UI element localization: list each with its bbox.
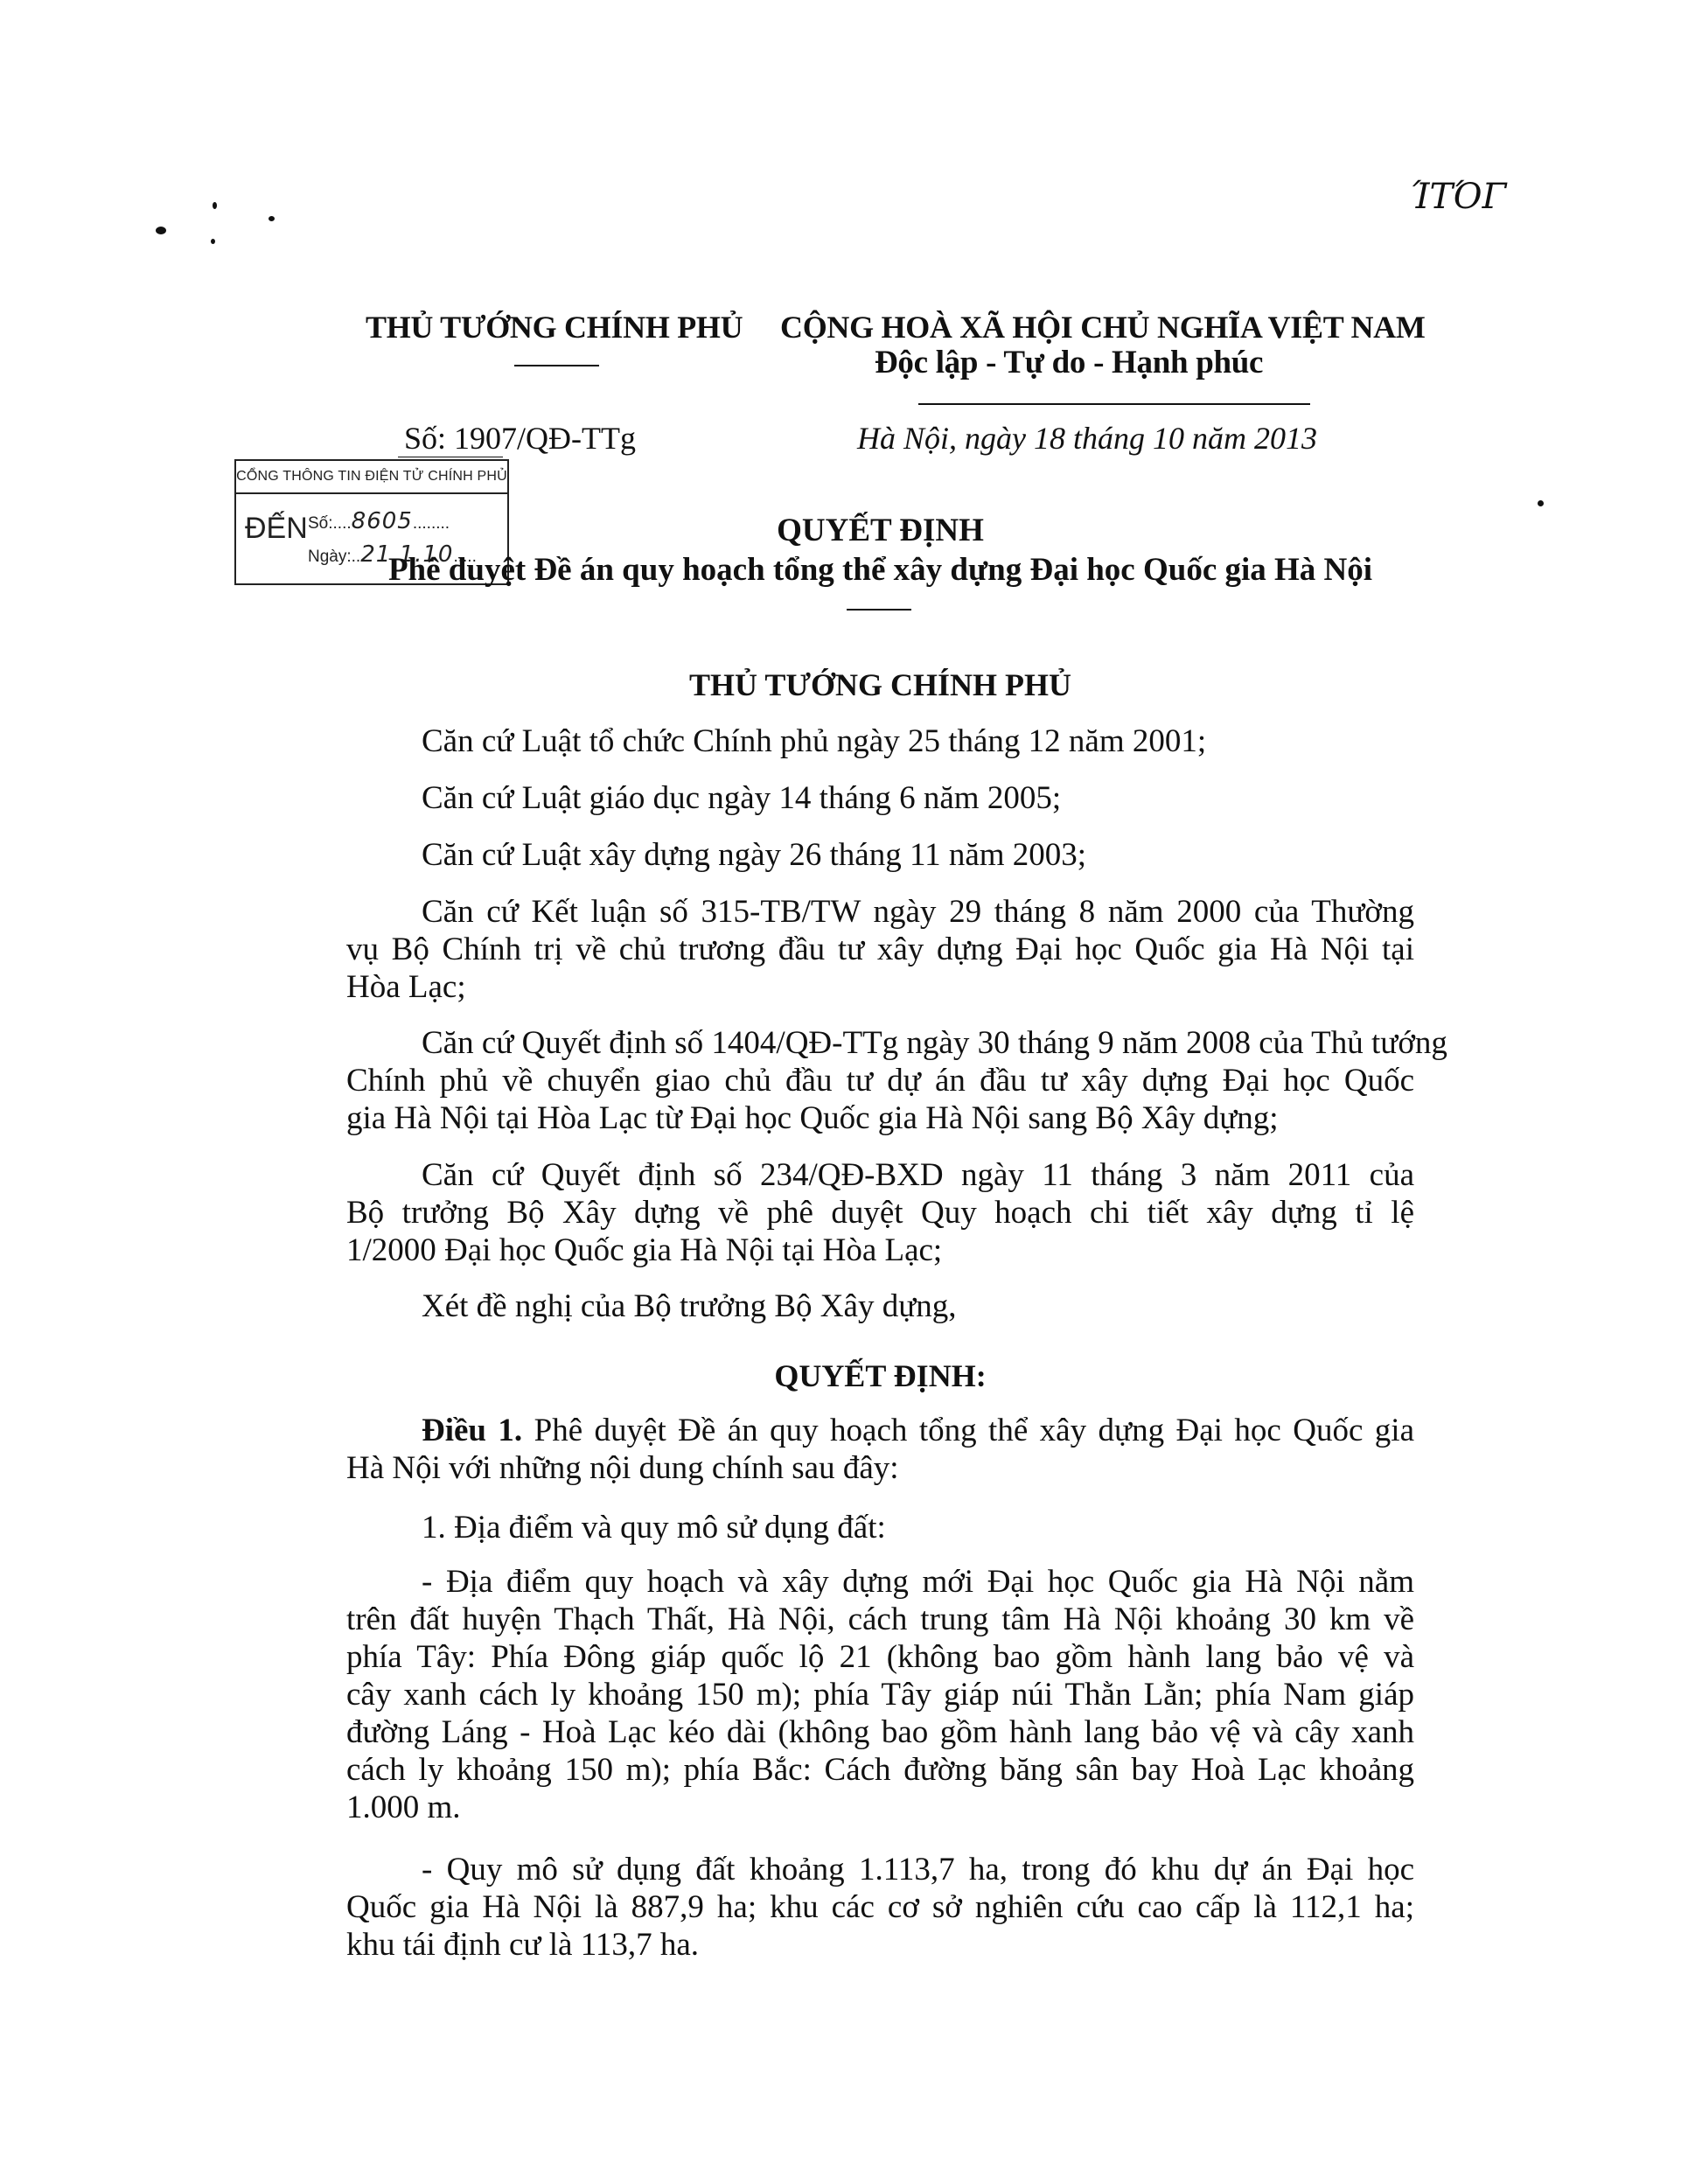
issuer-heading: THỦ TƯỚNG CHÍNH PHỦ [346, 666, 1414, 703]
preamble-para-line: Bộ trưởng Bộ Xây dựng về phê duyệt Quy h… [346, 1194, 1414, 1232]
scan-speck [213, 202, 217, 209]
location-bullet-line: cây xanh cách ly khoảng 150 m); phía Tây… [346, 1676, 1414, 1714]
preamble-para-line: Căn cứ Luật xây dựng ngày 26 tháng 11 nă… [422, 836, 1414, 875]
location-bullet-line: đường Láng - Hoà Lạc kéo dài (không bao … [346, 1713, 1414, 1752]
document-number: Số: 1907/QĐ-TTg [404, 420, 636, 457]
preamble-para-line: Căn cứ Quyết định số 234/QĐ-BXD ngày 11 … [422, 1156, 1414, 1195]
number-underline [398, 457, 503, 457]
decision-heading: QUYẾT ĐỊNH: [346, 1357, 1414, 1394]
location-bullet-line: cách ly khoảng 150 m); phía Bắc: Cách đư… [346, 1751, 1414, 1790]
article-1-intro-line: Điều 1. Phê duyệt Đề án quy hoạch tổng t… [422, 1412, 1414, 1450]
handwritten-margin-note: ΊΤΌΓ [1410, 177, 1506, 217]
preamble-para-line: 1/2000 Đại học Quốc gia Hà Nội tại Hòa L… [346, 1232, 1414, 1270]
article-label: Điều 1. [422, 1413, 522, 1448]
scan-speck [269, 216, 275, 221]
location-bullet-line: trên đất huyện Thạch Thất, Hà Nội, cách … [346, 1601, 1414, 1639]
scan-speck [1538, 500, 1544, 506]
title-underline [847, 609, 911, 611]
document-subject: Phê duyệt Đề án quy hoạch tổng thể xây d… [346, 551, 1414, 589]
scan-speck [156, 227, 166, 234]
issuing-agency: THỦ TƯỚNG CHÍNH PHỦ [366, 309, 743, 345]
preamble-para-line: Căn cứ Kết luận số 315-TB/TW ngày 29 thá… [422, 893, 1414, 932]
stamp-header: CỔNG THÔNG TIN ĐIỆN TỬ CHÍNH PHỦ [236, 461, 507, 494]
preamble-para-line: Chính phủ về chuyển giao chủ đầu tư dự á… [346, 1062, 1414, 1100]
preamble-para-line: Căn cứ Quyết định số 1404/QĐ-TTg ngày 30… [422, 1024, 1414, 1063]
land-area-bullet-line: - Quy mô sử dụng đất khoảng 1.113,7 ha, … [422, 1851, 1414, 1889]
preamble-para-line: Xét đề nghị của Bộ trưởng Bộ Xây dựng, [422, 1287, 1414, 1326]
preamble-para-line: Căn cứ Luật giáo dục ngày 14 tháng 6 năm… [422, 779, 1414, 818]
preamble-para-line: gia Hà Nội tại Hòa Lạc từ Đại học Quốc g… [346, 1099, 1414, 1138]
stamp-date-label: Ngày: [308, 548, 352, 566]
land-area-bullet-line: khu tái định cư là 113,7 ha. [346, 1926, 1414, 1964]
location-bullet-line: phía Tây: Phía Đông giáp quốc lộ 21 (khô… [346, 1638, 1414, 1677]
land-area-bullet-line: Quốc gia Hà Nội là 887,9 ha; khu các cơ … [346, 1888, 1414, 1927]
section-1-title-line: 1. Địa điểm và quy mô sử dụng đất: [422, 1509, 1414, 1547]
scan-speck [211, 239, 215, 244]
national-motto: Độc lập - Tự do - Hạnh phúc [875, 344, 1217, 381]
preamble-para-line: vụ Bộ Chính trị về chủ trương đầu tư xây… [346, 931, 1414, 969]
location-bullet-line: 1.000 m. [346, 1789, 1414, 1827]
article-1-intro-line: Hà Nội với những nội dung chính sau đây: [346, 1449, 1414, 1488]
preamble-para-line: Căn cứ Luật tổ chức Chính phủ ngày 25 th… [422, 722, 1414, 761]
place-and-date: Hà Nội, ngày 18 tháng 10 năm 2013 [857, 420, 1317, 457]
country-name: CỘNG HOÀ XÃ HỘI CHỦ NGHĨA VIỆT NAM [780, 309, 1426, 345]
location-bullet-line: - Địa điểm quy hoạch và xây dựng mới Đại… [422, 1563, 1414, 1601]
preamble-para-line: Hòa Lạc; [346, 968, 1414, 1007]
motto-underline [918, 403, 1310, 405]
document-type-heading: QUYẾT ĐỊNH [346, 512, 1414, 549]
agency-underline [514, 365, 599, 366]
stamp-label: ĐẾN [245, 512, 308, 546]
stamp-number-label: Số: [308, 514, 333, 533]
